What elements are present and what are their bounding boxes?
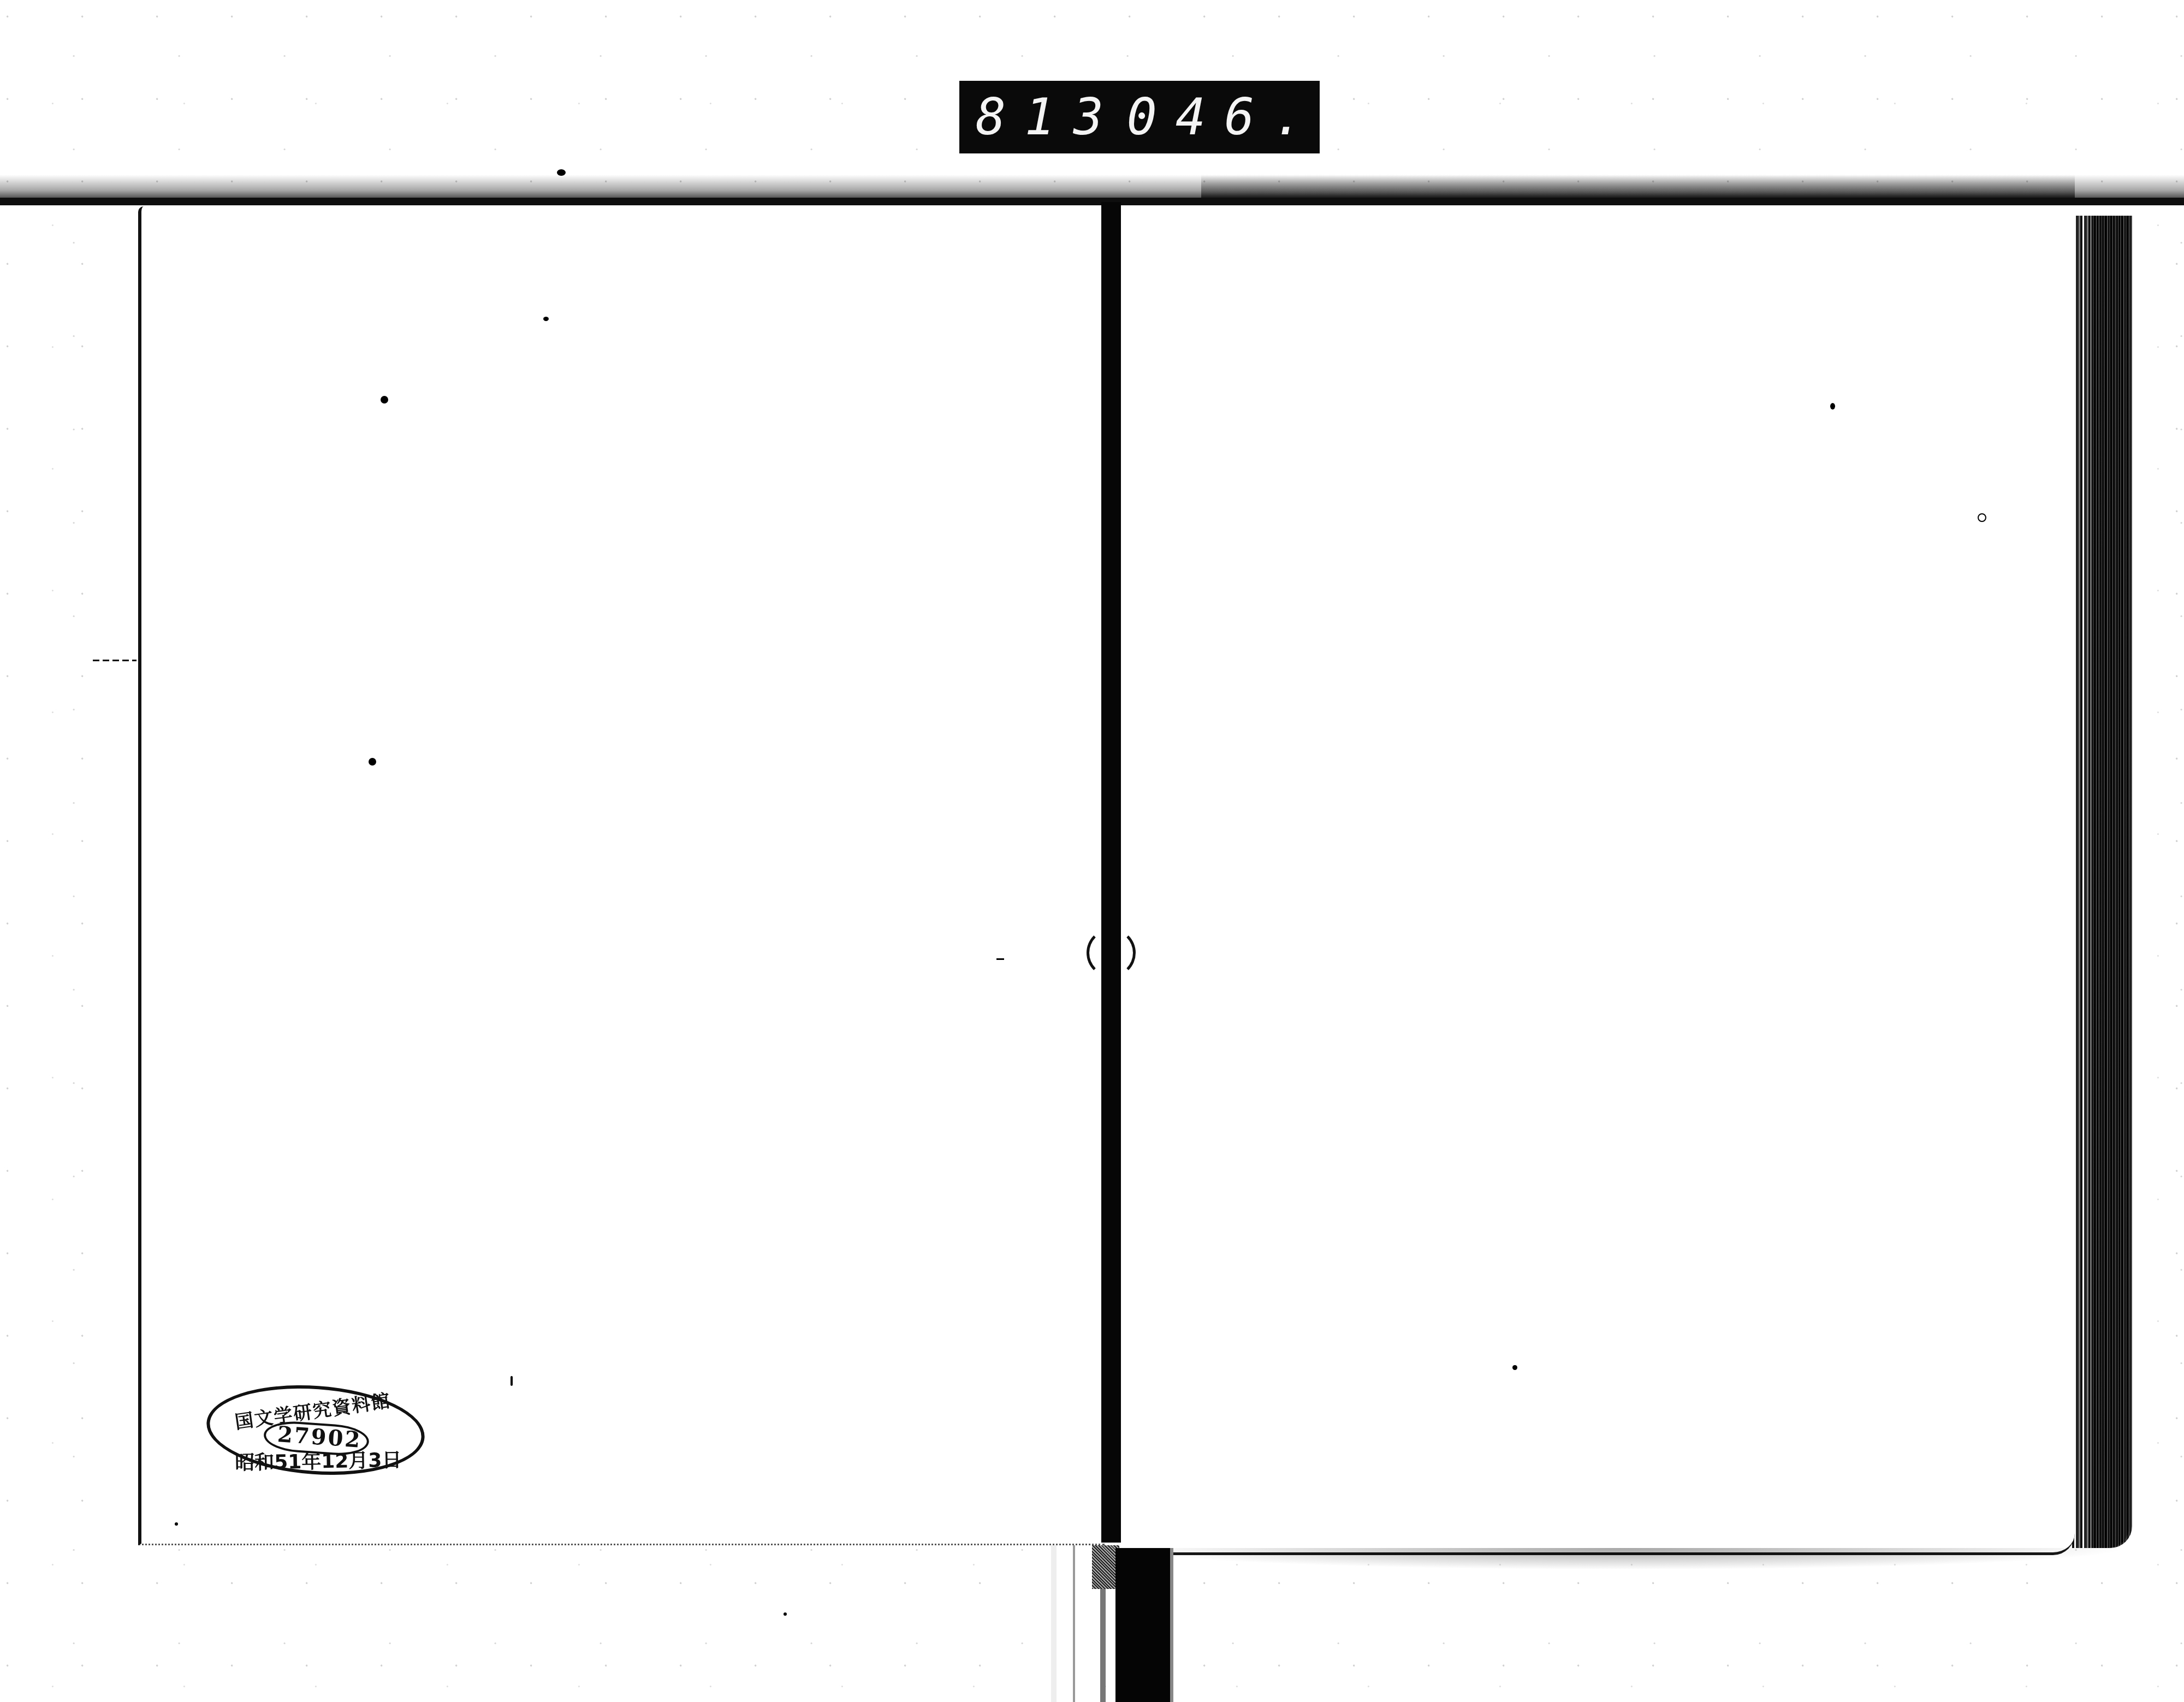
bottom-edge-shadow	[1119, 1548, 2129, 1570]
dust-speck	[1512, 1365, 1517, 1370]
dust-speck	[175, 1522, 178, 1526]
stamp-date: 昭和51年12月3日	[235, 1445, 402, 1475]
dust-speck	[1978, 513, 1986, 522]
spine-tail-dark	[1115, 1548, 1173, 1702]
margin-tick-mark	[93, 660, 136, 661]
dust-speck	[543, 317, 549, 321]
page-block-fore-edge-shade	[2091, 216, 2132, 1548]
dust-speck	[369, 758, 376, 766]
binding-thread	[1087, 928, 1136, 977]
book-top-edge	[0, 198, 2184, 205]
dust-speck	[1830, 403, 1835, 410]
dust-speck	[996, 958, 1004, 960]
reel-number-label: 813 046.	[959, 81, 1320, 153]
right-page	[1119, 206, 2075, 1555]
left-page	[138, 206, 1105, 1545]
top-edge-shadow-right	[1201, 175, 2075, 201]
dust-speck	[784, 1612, 787, 1616]
reel-left-code: 813	[976, 88, 1122, 146]
reel-right-code: 046.	[1126, 88, 1303, 146]
dust-speck	[511, 1376, 513, 1386]
dust-speck	[381, 396, 388, 404]
dust-speck	[557, 169, 566, 176]
book-spine-gutter	[1101, 202, 1121, 1543]
